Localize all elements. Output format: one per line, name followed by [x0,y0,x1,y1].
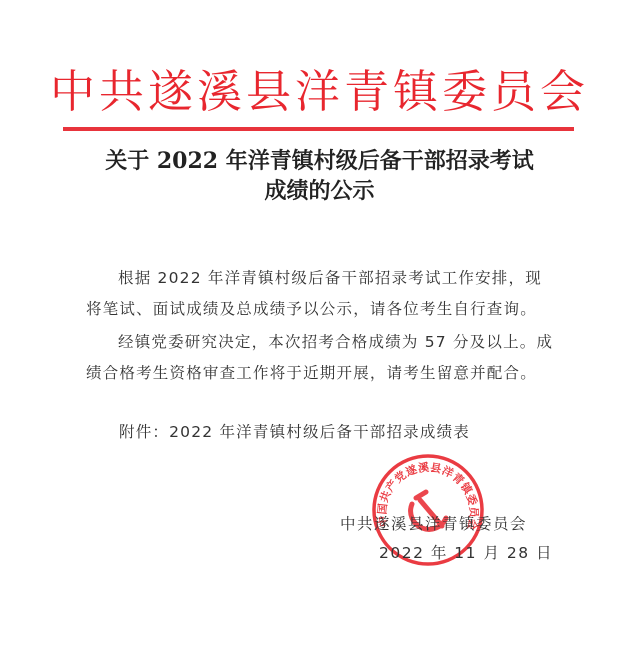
document-title-line-2: 成绩的公示 [0,176,639,206]
signature-date: 2022 年 11 月 28 日 [379,541,553,563]
letterhead-red-rule [63,127,574,131]
attachment-line[interactable]: 附件：2022 年洋青镇村级后备干部招录成绩表 [119,420,470,442]
signature-organization: 中共遂溪县洋青镇委员会 [340,512,527,534]
letterhead-title: 中共遂溪县洋青镇委员会 [0,66,639,118]
body-paragraph-1: 根据 2022 年洋青镇村级后备干部招录考试工作安排，现将笔试、面试成绩及总成绩… [86,263,556,325]
document-title-line-1: 关于 2022 年洋青镇村级后备干部招录考试 [0,146,639,176]
body-paragraph-2: 经镇党委研究决定，本次招考合格成绩为 57 分及以上。成绩合格考生资格审查工作将… [86,327,556,389]
